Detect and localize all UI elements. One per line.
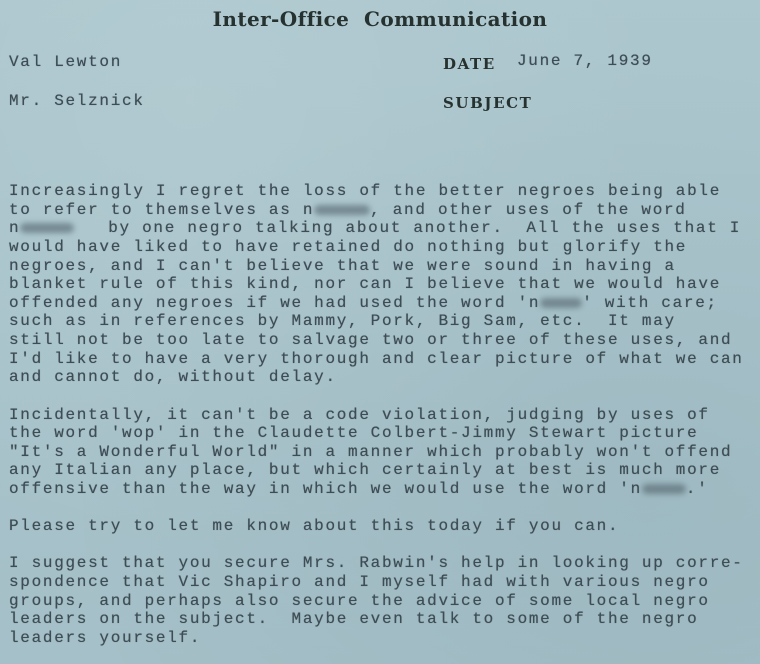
body-line: blanket rule of this kind, nor can I bel…	[9, 275, 757, 294]
body-line: negroes, and I can't believe that we wer…	[9, 257, 757, 276]
paragraph: Increasingly I regret the loss of the be…	[9, 182, 757, 387]
body-line: such as in references by Mammy, Pork, Bi…	[9, 312, 757, 331]
subject-label: SUBJECT	[443, 94, 532, 112]
body-line: offensive than the way in which we would…	[9, 480, 757, 499]
memo-body: Increasingly I regret the loss of the be…	[9, 182, 757, 648]
body-line: any Italian any place, but which certain…	[9, 461, 757, 480]
redacted-word	[642, 484, 686, 494]
paragraph: I suggest that you secure Mrs. Rabwin's …	[9, 554, 757, 647]
redacted-word	[540, 298, 582, 308]
date-value: June 7, 1939	[517, 52, 653, 70]
date-label: DATE	[443, 55, 496, 73]
body-line: and cannot do, without delay.	[9, 368, 757, 387]
body-line: offended any negroes if we had used the …	[9, 294, 757, 313]
memo-page: Inter-Office Communication Val Lewton DA…	[0, 0, 760, 664]
paragraph: Incidentally, it can't be a code violati…	[9, 406, 757, 499]
memo-title: Inter-Office Communication	[0, 7, 760, 31]
body-line: would have liked to have retained do not…	[9, 238, 757, 257]
body-line: leaders on the subject. Maybe even talk …	[9, 610, 757, 629]
body-line: "It's a Wonderful World" in a manner whi…	[9, 443, 757, 462]
body-line: to refer to themselves as n, and other u…	[9, 201, 757, 220]
body-line: the word 'wop' in the Claudette Colbert-…	[9, 424, 757, 443]
body-line: I suggest that you secure Mrs. Rabwin's …	[9, 554, 757, 573]
body-line: Incidentally, it can't be a code violati…	[9, 406, 757, 425]
body-line: leaders yourself.	[9, 629, 757, 648]
paragraph: Please try to let me know about this tod…	[9, 517, 757, 536]
memo-from: Val Lewton	[9, 53, 122, 71]
redacted-word	[20, 223, 74, 233]
body-line: groups, and perhaps also secure the advi…	[9, 592, 757, 611]
redacted-word	[314, 205, 370, 215]
body-line: Please try to let me know about this tod…	[9, 517, 757, 536]
body-line: still not be too late to salvage two or …	[9, 331, 757, 350]
body-line: spondence that Vic Shapiro and I myself …	[9, 573, 757, 592]
body-line: Increasingly I regret the loss of the be…	[9, 182, 757, 201]
body-line: n by one negro talking about another. Al…	[9, 219, 757, 238]
body-line: I'd like to have a very thorough and cle…	[9, 350, 757, 369]
memo-to: Mr. Selznick	[9, 92, 145, 110]
